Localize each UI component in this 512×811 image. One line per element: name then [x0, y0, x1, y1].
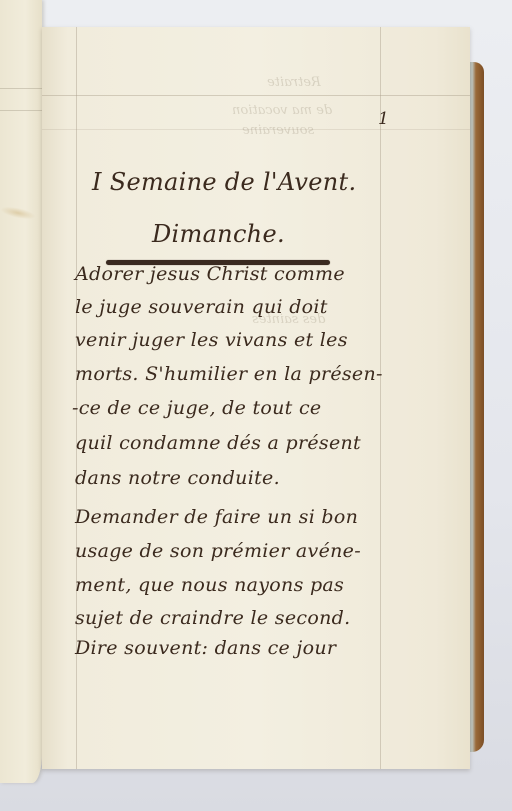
- page-number: 1: [378, 109, 389, 129]
- text-line: ment, que nous nayons pas: [75, 574, 344, 596]
- show-through-text: souveraine: [242, 123, 314, 138]
- previous-page-edge: [0, 0, 42, 783]
- manuscript-page: Retraite de ma vocation souveraine des s…: [42, 27, 470, 769]
- page-crease: [0, 88, 42, 89]
- text-line: -ce de ce juge, de tout ce: [72, 397, 321, 419]
- paper-stain: [0, 204, 37, 221]
- text-line: usage de son prémier avéne-: [75, 540, 361, 562]
- text-line: dans notre conduite.: [75, 467, 280, 489]
- show-through-text: de ma vocation: [232, 103, 332, 118]
- manuscript-photo: Retraite de ma vocation souveraine des s…: [0, 0, 512, 811]
- show-through-text: Retraite: [267, 75, 321, 90]
- text-line: Adorer jesus Christ comme: [75, 263, 345, 285]
- text-line: venir juger les vivans et les: [75, 329, 348, 351]
- heading-subtitle: Dimanche.: [152, 220, 285, 248]
- text-line: quil condamne dés a présent: [75, 432, 361, 454]
- page-crease: [0, 110, 42, 111]
- heading-title: I Semaine de l'Avent.: [92, 168, 356, 196]
- text-line: sujet de craindre le second.: [75, 607, 350, 629]
- text-line: Demander de faire un si bon: [75, 506, 358, 528]
- text-line: Dire souvent: dans ce jour: [75, 637, 336, 659]
- header-rule: [42, 95, 470, 96]
- text-line: le juge souverain qui doit: [75, 296, 328, 318]
- margin-rule: [380, 27, 381, 769]
- text-line: morts. S'humilier en la présen-: [75, 363, 383, 385]
